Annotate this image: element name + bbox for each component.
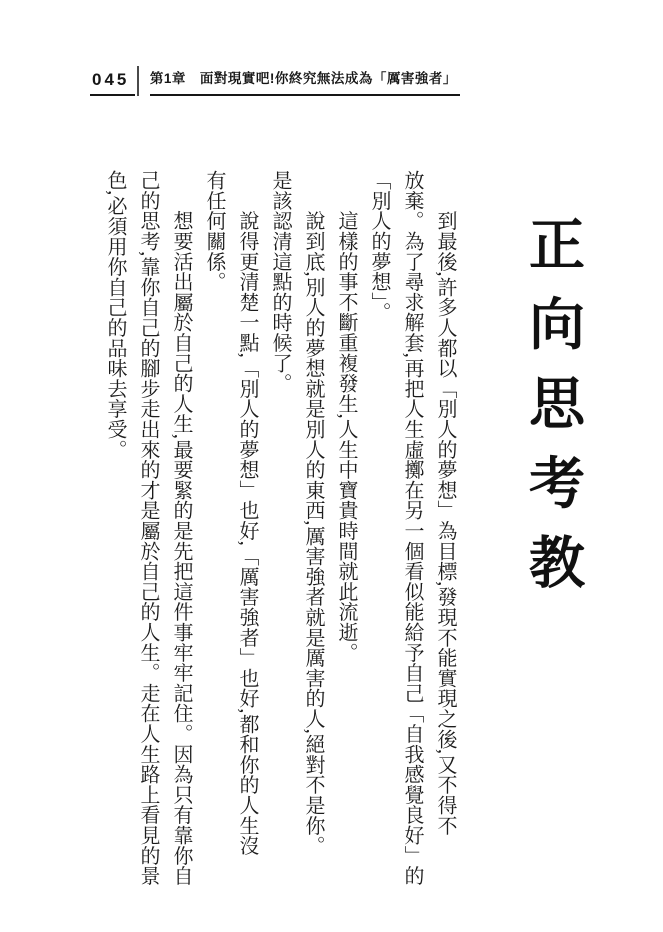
- paragraph: 想要活出屬於自己的人生,最要緊的是先把這件事牢牢記住。因為只有靠你自 己的思考,…: [98, 170, 197, 906]
- paragraph: 這樣的事不斷重複發生,人生中寶貴時間就此流逝。: [329, 170, 362, 906]
- header-divider: [137, 66, 139, 96]
- paragraph: 到最後,許多人都以「別人的夢想」為目標,發現不能實現之後,又不得不 放棄。為了尋…: [362, 170, 461, 906]
- body-text: 正向思考教 到最後,許多人都以「別人的夢想」為目標,發現不能實現之後,又不得不 …: [98, 170, 585, 906]
- paragraph: 說得更清楚一點,「別人的夢想」也好,「厲害強者」也好,都和你的人生沒 有任何關係…: [197, 170, 263, 906]
- page-number: 045: [90, 67, 135, 96]
- section-title: 正向思考教: [521, 170, 585, 906]
- page-header: 045 第1章 面對現實吧!你終究無法成為「厲害強者」: [90, 66, 460, 96]
- chapter-title: 第1章 面對現實吧!你終究無法成為「厲害強者」: [150, 66, 460, 96]
- paragraph: 說到底,別人的夢想就是別人的東西,厲害強者就是厲害的人,絕對不是你。 是該認清這…: [263, 170, 329, 906]
- book-page: 045 第1章 面對現實吧!你終究無法成為「厲害強者」 正向思考教 到最後,許多…: [0, 0, 663, 932]
